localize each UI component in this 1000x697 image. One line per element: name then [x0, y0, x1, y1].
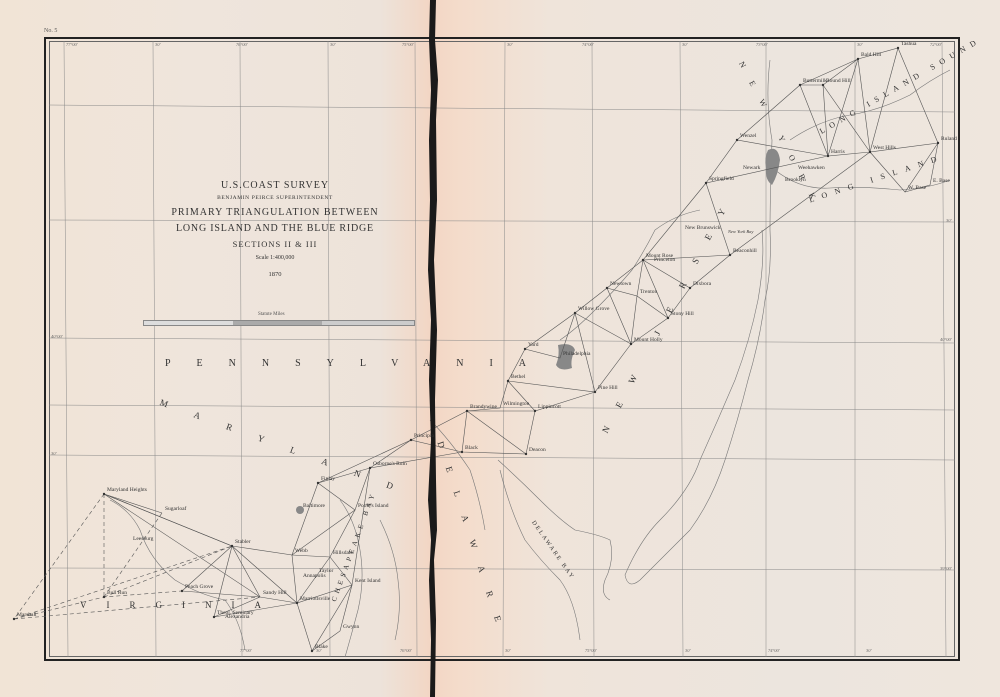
label-new-york-bay: New York Bay — [728, 229, 753, 234]
station-label: Buttermilk — [803, 78, 827, 84]
station-label: Marshall — [17, 612, 37, 618]
station-label: Weehawken — [798, 165, 825, 171]
coord-top-5: 30' — [507, 42, 512, 47]
station-label: Gwynn — [343, 624, 359, 630]
station-label: Ruland — [941, 136, 957, 142]
station-label: Poole's Island — [358, 503, 388, 509]
station-label: Sugarloaf — [165, 506, 186, 512]
coord-top-0: 77°00' — [66, 42, 78, 47]
coord-bottom-2: 76°00' — [400, 648, 412, 653]
paper-tear — [424, 0, 442, 697]
coord-bottom-7: 30' — [866, 648, 871, 653]
station-label: Hillsdale — [333, 550, 353, 556]
coord-top-9: 30' — [857, 42, 862, 47]
coord-top-2: 76°00' — [236, 42, 248, 47]
coord-top-4: 75°00' — [402, 42, 414, 47]
station-label: Wilmington — [503, 401, 529, 407]
station-label: New Brunswick — [685, 225, 721, 231]
scale-ratio: Scale 1:400,000 — [150, 255, 400, 261]
station-label: Tashua — [901, 41, 917, 47]
station-label: Black — [465, 445, 478, 451]
station-label: Newtown — [610, 281, 631, 287]
coord-top-7: 30' — [682, 42, 687, 47]
station-label: Stony Hill — [671, 311, 694, 317]
coord-top-10: 72°00' — [930, 42, 942, 47]
station-label: Taylor — [319, 568, 333, 574]
coord-bottom-0: 77°00' — [240, 648, 252, 653]
triangulation-network — [0, 0, 1000, 697]
station-label: Bald Hill — [861, 52, 881, 58]
coord-right-0: 30' — [946, 218, 951, 223]
station-label: West Hills — [873, 145, 896, 151]
station-label: W. Base — [908, 185, 926, 191]
station-label: Willow Grove — [578, 306, 609, 312]
station-label: Round Hill — [826, 78, 851, 84]
station-label: Pine Hill — [598, 385, 618, 391]
station-label: E. Base — [933, 178, 950, 184]
station-label: Stabler — [235, 539, 251, 545]
label-virginia: VIRGINIA — [80, 600, 281, 610]
coord-bottom-4: 75°00' — [585, 648, 597, 653]
station-label: Brooklyn — [785, 177, 806, 183]
station-label: Principio — [414, 433, 434, 439]
coord-top-1: 30' — [155, 42, 160, 47]
station-label: Newark — [743, 165, 760, 171]
coord-bottom-3: 30' — [505, 648, 510, 653]
station-label: Peach Grove — [185, 584, 213, 590]
station-label: Brandywine — [470, 404, 497, 410]
label-pennsylvania: PENNSYLVANIA — [165, 358, 552, 369]
title-block: U.S.COAST SURVEY BENJAMIN PEIRCE SUPERIN… — [150, 180, 400, 278]
coord-top-3: 30' — [330, 42, 335, 47]
sections-label: SECTIONS II & III — [150, 239, 400, 249]
station-label: Bull Run — [107, 590, 127, 596]
agency-title: U.S.COAST SURVEY — [150, 180, 400, 191]
station-label: Mount Holly — [634, 337, 663, 343]
station-label: Marriottsville — [300, 596, 330, 602]
map-title-line1: PRIMARY TRIANGULATION BETWEEN — [150, 207, 400, 218]
station-label: Finlay — [321, 476, 335, 482]
station-label: Leesburg — [133, 536, 153, 542]
scale-bar — [143, 320, 415, 326]
coord-bottom-6: 74°00' — [768, 648, 780, 653]
triangulation-lines — [104, 48, 938, 651]
station-label: Kent Island — [355, 578, 381, 584]
station-label: Harris — [831, 149, 845, 155]
station-label: Webb — [295, 548, 308, 554]
coord-top-6: 74°00' — [582, 42, 594, 47]
coord-left-0: 40°00' — [51, 334, 63, 339]
station-label: Trenton — [640, 289, 657, 295]
station-label: Beaconhill — [733, 248, 757, 254]
superintendent-line: BENJAMIN PEIRCE SUPERINTENDENT — [150, 195, 400, 201]
coord-right-1: 40°00' — [940, 337, 952, 342]
station-label: Maryland Heights — [107, 487, 147, 493]
station-label: Dixbora — [693, 281, 711, 287]
map-title-line2: LONG ISLAND AND THE BLUE RIDGE — [150, 223, 400, 234]
station-label: Springfield — [709, 176, 734, 182]
scale-bar-label: Statute Miles — [258, 312, 285, 317]
map-year: 1870 — [150, 271, 400, 278]
coord-right-2: 39°00' — [940, 566, 952, 571]
station-label: Princeton — [654, 257, 675, 263]
station-label: Philadelphia — [563, 351, 591, 357]
coord-bottom-5: 30' — [685, 648, 690, 653]
station-label: Osborne's Ruin — [373, 461, 407, 467]
station-label: Sandy Hill — [263, 590, 287, 596]
station-label: Wenzel — [740, 133, 756, 139]
station-label: Alexandria — [225, 614, 249, 620]
station-label: Baltimore — [303, 503, 325, 509]
station-label: Lippincott — [538, 404, 561, 410]
station-label: Blake — [315, 644, 328, 650]
station-label: Bethel — [511, 374, 525, 380]
coord-top-8: 73°00' — [756, 42, 768, 47]
station-label: Yard — [528, 342, 538, 348]
coord-left-1: 30' — [51, 451, 56, 456]
station-label: Deacon — [529, 447, 546, 453]
